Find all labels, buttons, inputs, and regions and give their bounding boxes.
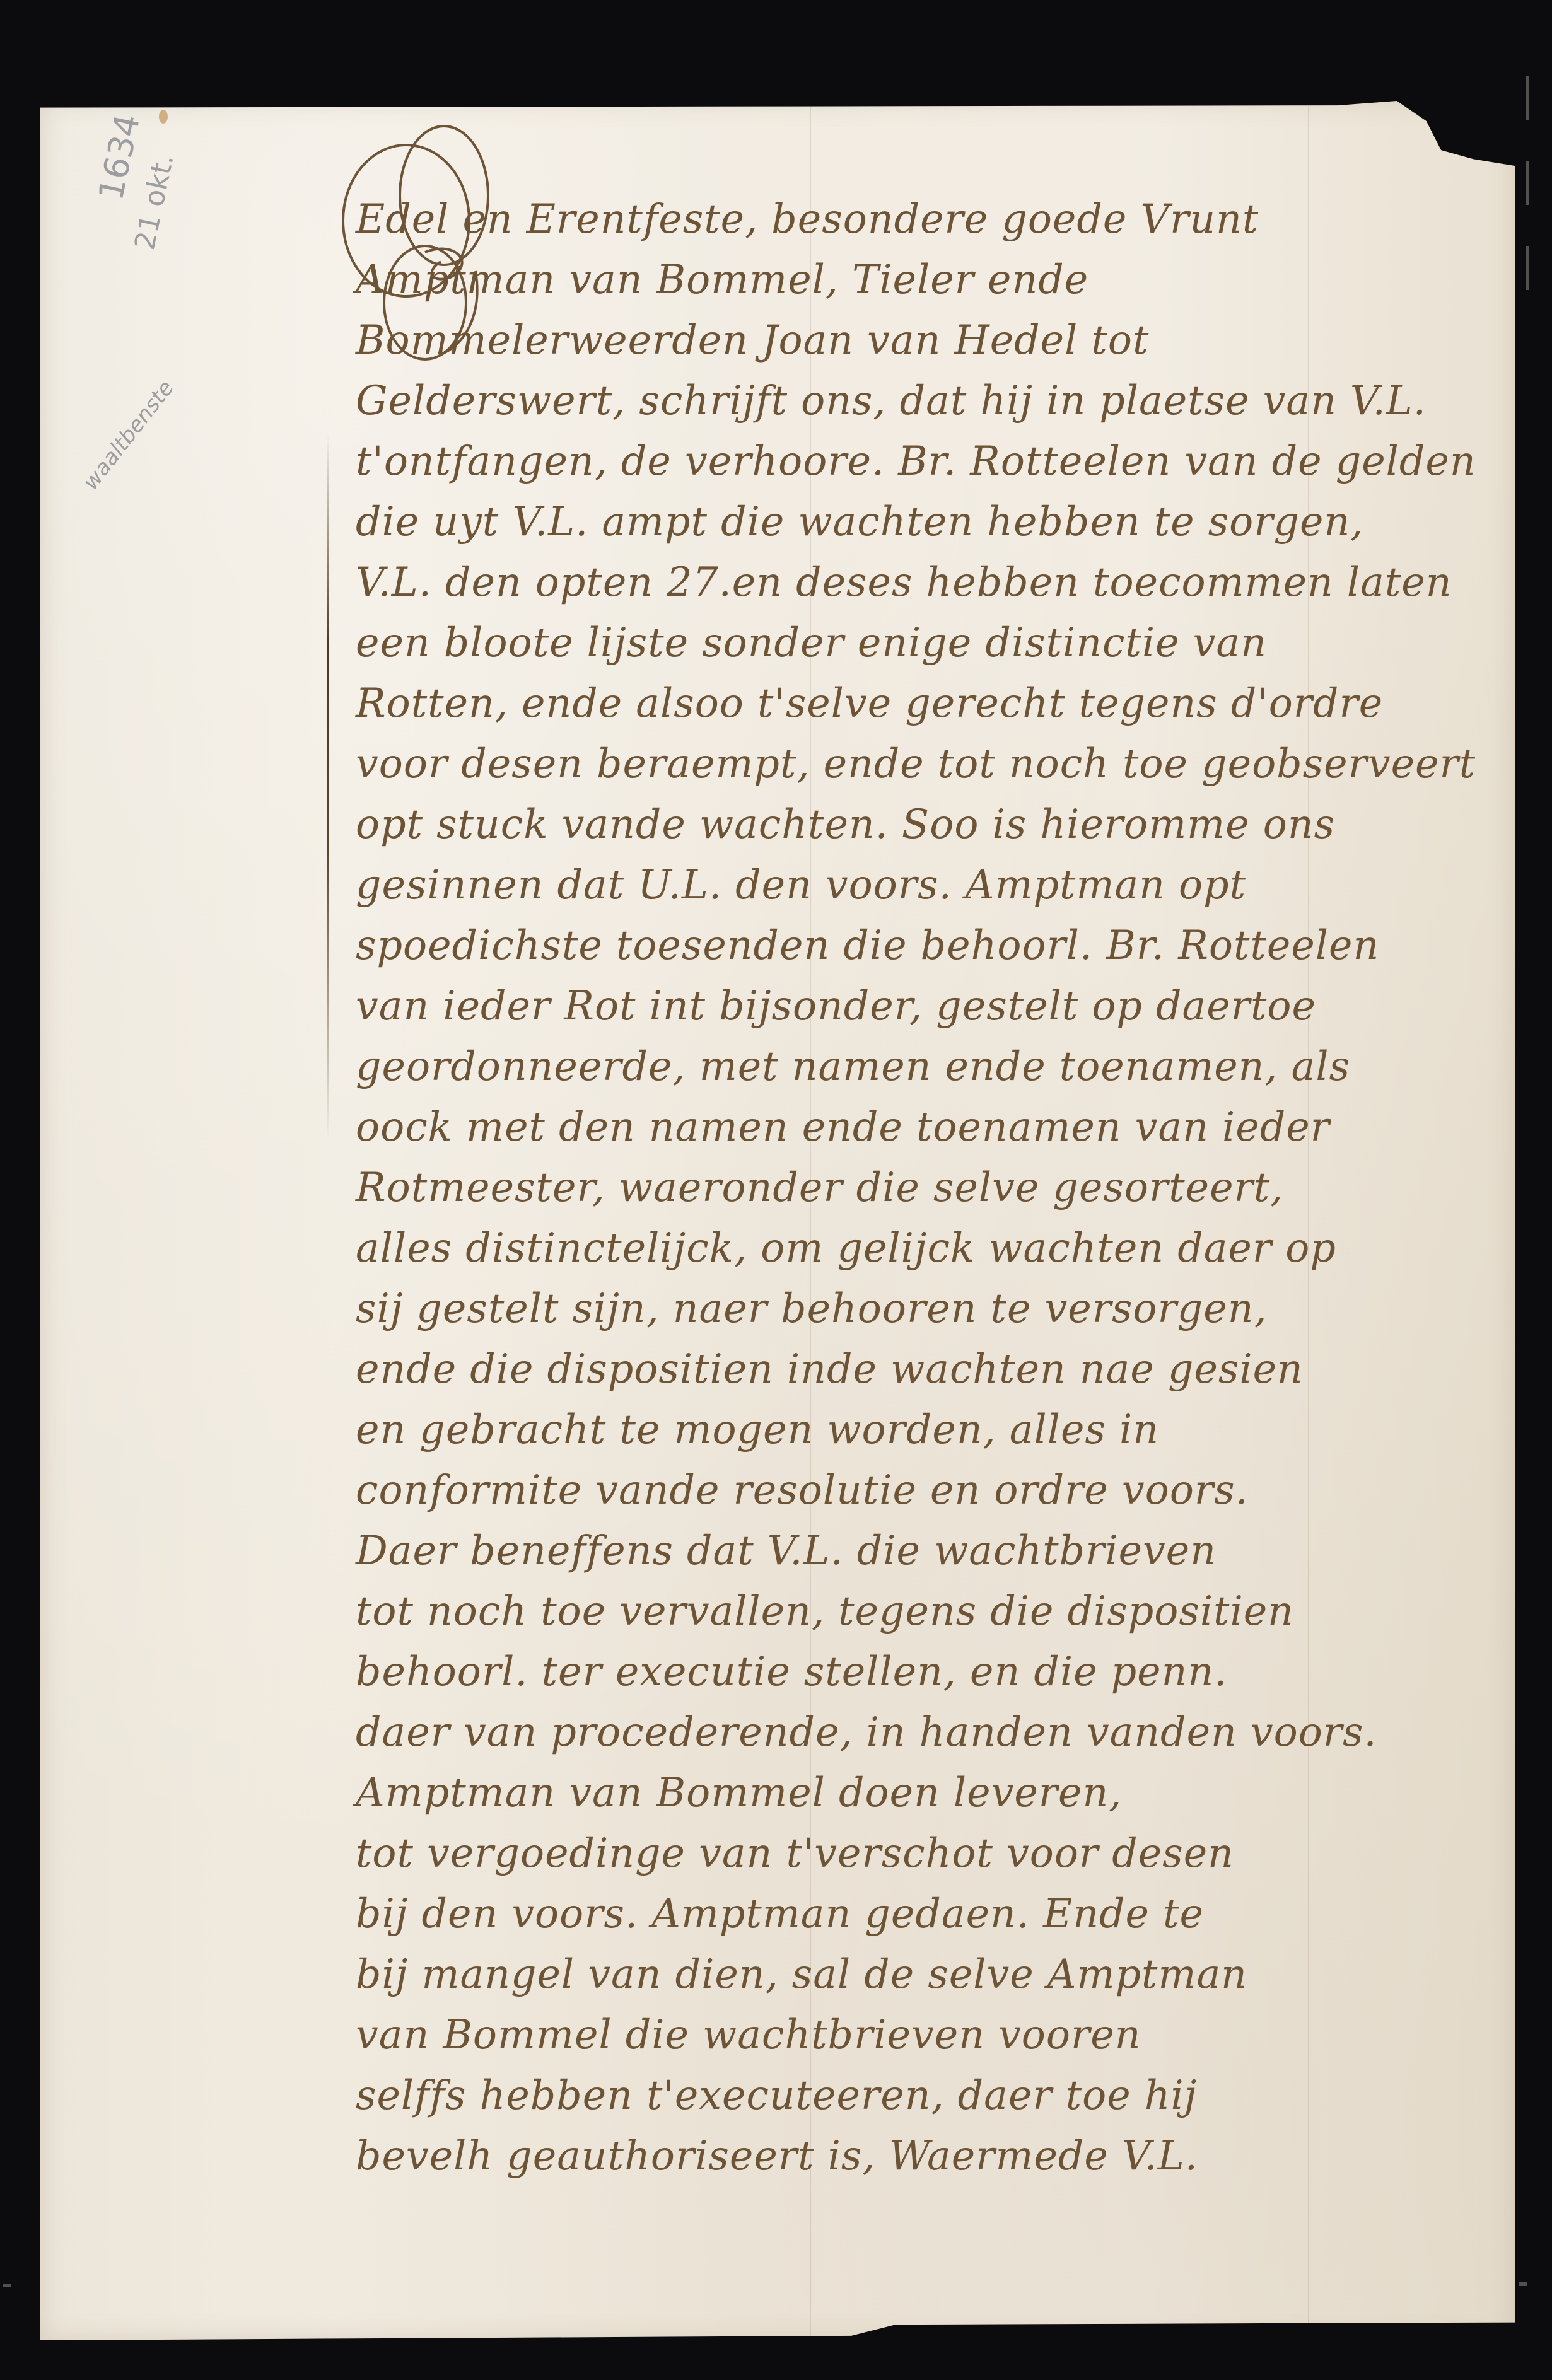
text-line: oock met den namen ende toenamen van ied… — [356, 1097, 1491, 1158]
text-line: Bommelerweerden Joan van Hedel tot — [356, 310, 1491, 371]
text-line: V.L. den opten 27.en deses hebben toecom… — [356, 552, 1491, 613]
text-line: Rotten, ende alsoo t'selve gerecht tegen… — [356, 673, 1491, 734]
text-line: Gelderswert, schrijft ons, dat hij in pl… — [356, 371, 1491, 431]
text-line: opt stuck vande wachten. Soo is hieromme… — [356, 794, 1491, 855]
text-line: tot vergoedinge van t'verschot voor dese… — [356, 1823, 1491, 1884]
text-line: bij mangel van dien, sal de selve Amptma… — [356, 1944, 1491, 2005]
text-line: Amptman van Bommel, Tieler ende — [356, 250, 1491, 310]
text-line: die uyt V.L. ampt die wachten hebben te … — [356, 492, 1491, 552]
text-line: tot noch toe vervallen, tegens die dispo… — [356, 1581, 1491, 1642]
text-line: bij den voors. Amptman gedaen. Ende te — [356, 1884, 1491, 1944]
text-line: behoorl. ter executie stellen, en die pe… — [356, 1642, 1491, 1702]
text-line: alles distinctelijck, om gelijck wachten… — [356, 1218, 1491, 1279]
text-line: sij gestelt sijn, naer behooren te verso… — [356, 1279, 1491, 1339]
ink-stain — [159, 110, 168, 124]
text-line: een bloote lijste sonder enige distincti… — [356, 613, 1491, 673]
text-line: spoedichste toesenden die behoorl. Br. R… — [356, 915, 1491, 976]
text-line: en gebracht te mogen worden, alles in — [356, 1400, 1491, 1460]
text-line: bevelh geauthoriseert is, Waermede V.L. — [356, 2126, 1491, 2186]
text-line: ende die dispositien inde wachten nae ge… — [356, 1339, 1491, 1400]
text-line: Daer beneffens dat V.L. die wachtbrieven — [356, 1521, 1491, 1581]
manuscript-page: 1634 21 okt. waaltbenste Edel en Erentfe… — [40, 101, 1515, 2340]
scan-tick — [1526, 246, 1529, 290]
scan-tick — [1526, 76, 1529, 120]
margin-note-name: waaltbenste — [78, 376, 179, 495]
scan-tick — [1519, 2282, 1527, 2286]
letter-body: Edel en Erentfeste, besondere goede Vrun… — [356, 189, 1503, 2186]
text-line: van ieder Rot int bijsonder, gestelt op … — [356, 976, 1491, 1036]
text-line: Amptman van Bommel doen leveren, — [356, 1763, 1491, 1823]
margin-note-year: 1634 — [91, 111, 148, 204]
text-line: daer van procederende, in handen vanden … — [356, 1702, 1491, 1763]
margin-rule-line — [327, 434, 329, 1140]
text-line: Edel en Erentfeste, besondere goede Vrun… — [356, 189, 1491, 250]
folio-number: 177 — [848, 2338, 912, 2380]
text-line: voor desen beraempt, ende tot noch toe g… — [356, 734, 1491, 794]
text-line: selffs hebben t'executeeren, daer toe hi… — [356, 2065, 1491, 2126]
text-line: t'ontfangen, de verhoore. Br. Rotteelen … — [356, 431, 1491, 492]
scan-tick — [1526, 161, 1529, 205]
text-line: geordonneerde, met namen ende toenamen, … — [356, 1036, 1491, 1097]
text-line: Rotmeester, waeronder die selve gesortee… — [356, 1158, 1491, 1218]
text-line: van Bommel die wachtbrieven vooren — [356, 2005, 1491, 2065]
text-line: conformite vande resolutie en ordre voor… — [356, 1460, 1491, 1521]
text-line: gesinnen dat U.L. den voors. Amptman opt — [356, 855, 1491, 915]
scan-tick — [3, 2284, 11, 2287]
